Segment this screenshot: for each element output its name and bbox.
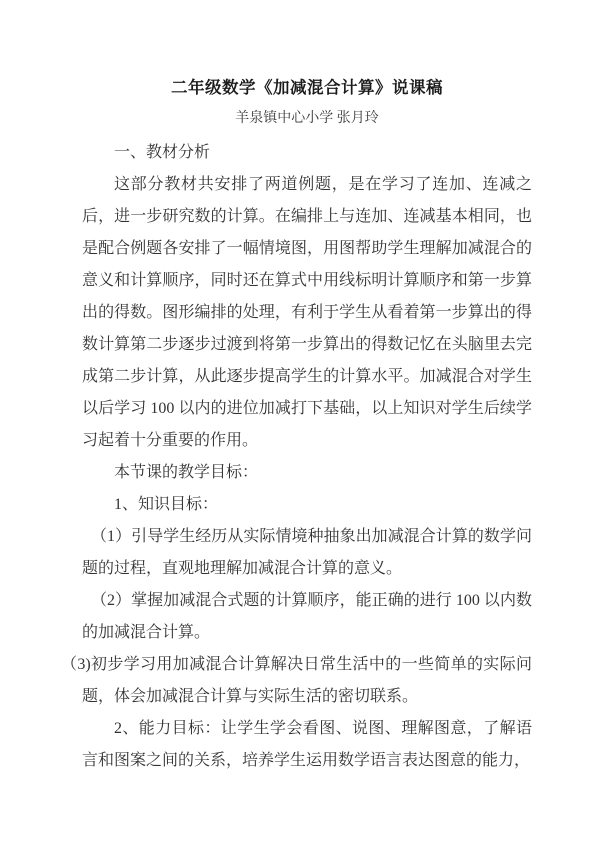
paragraph-knowledge-goal-item-2: （2）掌握加减混合式题的计算顺序，能正确的进行 100 以内数的加减混合计算。: [82, 585, 532, 649]
author-line: 羊泉镇中心小学 张月玲: [82, 107, 532, 131]
paragraph-knowledge-goal-item-3: （3)初步学习用加减混合计算解决日常生活中的一些简单的实际问题，体会加减混合计算…: [82, 649, 532, 713]
paragraph-teaching-goals-intro: 本节课的教学目标：: [82, 457, 532, 489]
paragraph-material-analysis: 这部分教材共安排了两道例题，是在学习了连加、连减之后，进一步研究数的计算。在编排…: [82, 169, 532, 457]
paragraph-ability-goal: 2、能力目标：让学生学会看图、说图、理解图意，了解语言和图案之间的关系，培养学生…: [82, 713, 532, 777]
paragraph-knowledge-goal-heading: 1、知识目标：: [82, 489, 532, 521]
document-body: 一、教材分析 这部分教材共安排了两道例题，是在学习了连加、连减之后，进一步研究数…: [82, 137, 532, 777]
paragraph-knowledge-goal-item-1: （1）引导学生经历从实际情境种抽象出加减混合计算的数学问题的过程，直观地理解加减…: [82, 521, 532, 585]
document-page: 二年级数学《加减混合计算》说课稿 羊泉镇中心小学 张月玲 一、教材分析 这部分教…: [0, 0, 595, 842]
document-content: 二年级数学《加减混合计算》说课稿 羊泉镇中心小学 张月玲 一、教材分析 这部分教…: [82, 75, 532, 777]
document-title: 二年级数学《加减混合计算》说课稿: [82, 75, 532, 101]
section-heading-material-analysis: 一、教材分析: [82, 137, 532, 169]
